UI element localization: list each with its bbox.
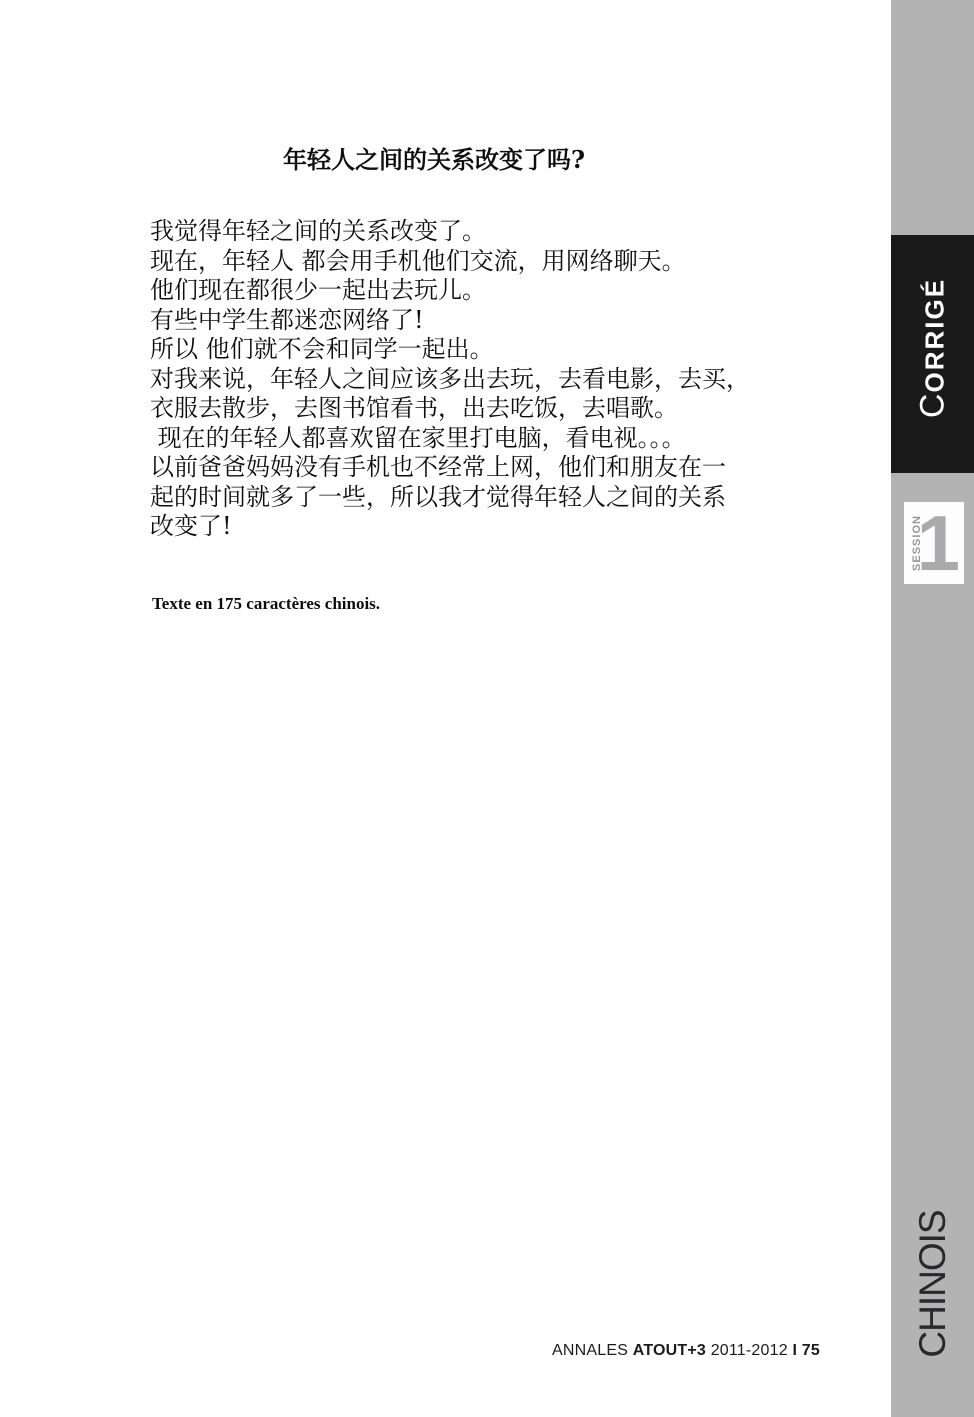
page-title: 年轻人之间的关系改变了吗? — [283, 140, 585, 175]
composition-text: 我觉得年轻之间的关系改变了。 现在，年轻人 都会用手机他们交流，用网络聊天。 他… — [150, 217, 750, 542]
footer-brand: ATOUT+3 — [633, 1342, 706, 1359]
text-line: 他们现在都很少一起出去玩儿。 — [150, 276, 750, 306]
footer-separator: I — [792, 1342, 797, 1359]
footer-page-number: 75 — [802, 1342, 820, 1359]
corrige-label: CORRIGÉ — [913, 278, 952, 418]
session-number: 1 — [917, 504, 960, 582]
text-line: 对我来说，年轻人之间应该多出去玩，去看电影，去买， — [150, 365, 750, 395]
text-line: 有些中学生都迷恋网络了! — [150, 306, 750, 336]
text-line: 起的时间就多了一些，所以我才觉得年轻人之间的关系 — [150, 483, 750, 513]
text-line: 现在的年轻人都喜欢留在家里打电脑，看电视。。。 — [150, 424, 750, 454]
corrige-initial: C — [913, 393, 951, 419]
sidebar: CORRIGÉ SESSION 1 CHINOIS — [891, 0, 974, 1417]
corrige-banner: CORRIGÉ — [891, 235, 974, 473]
text-line: 所以 他们就不会和同学一起出。 — [150, 335, 750, 365]
session-badge: SESSION 1 — [904, 502, 964, 584]
text-line: 衣服去散步，去图书馆看书，出去吃饭，去唱歌。 — [150, 394, 750, 424]
text-line: 改变了! — [150, 512, 750, 542]
footer-series: ANNALES — [552, 1342, 628, 1359]
subject-label: CHINOIS — [912, 1210, 954, 1357]
character-count-note: Texte en 175 caractères chinois. — [152, 594, 380, 614]
text-line: 现在，年轻人 都会用手机他们交流，用网络聊天。 — [150, 247, 750, 277]
corrige-rest: ORRIGÉ — [919, 278, 949, 393]
page-footer: ANNALES ATOUT+3 2011-2012 I 75 — [0, 1342, 820, 1360]
footer-years: 2011-2012 — [711, 1342, 788, 1359]
text-line: 以前爸爸妈妈没有手机也不经常上网，他们和朋友在一 — [150, 453, 750, 483]
text-line: 我觉得年轻之间的关系改变了。 — [150, 217, 750, 247]
